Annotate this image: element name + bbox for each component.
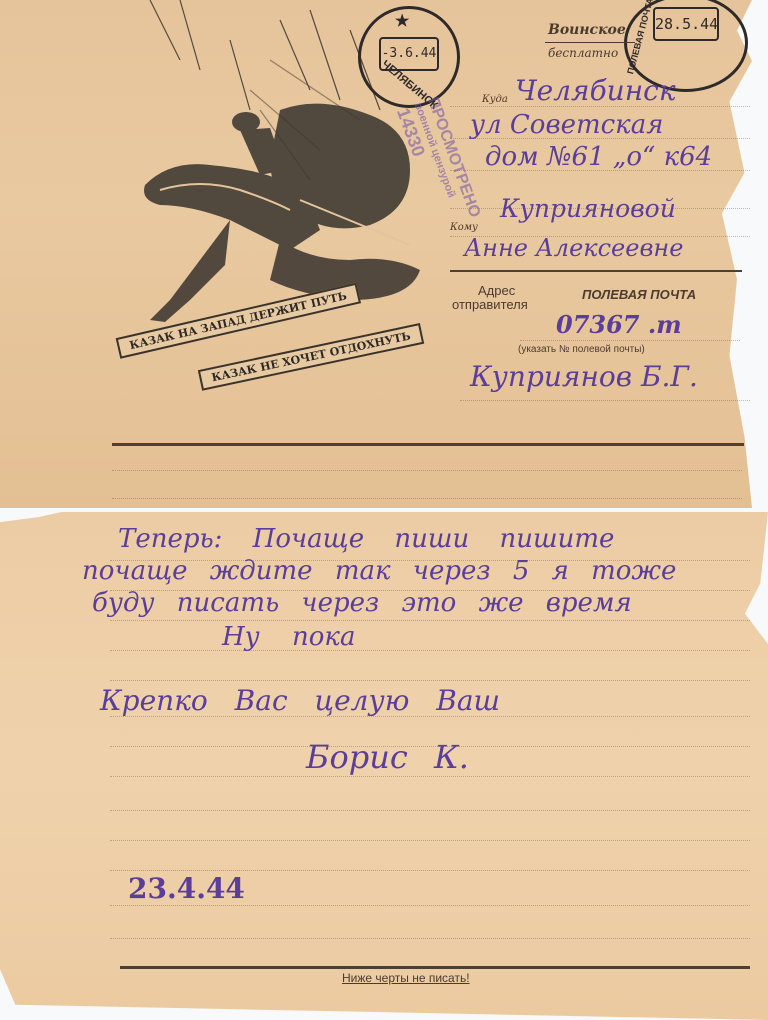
- label-whom: Кому: [450, 222, 478, 233]
- letter-date: 23.4.44: [128, 872, 245, 905]
- label-address: Адрес: [478, 283, 515, 298]
- departure-postmark: -3.6.44 ЧЕЛЯБИНСК ★: [358, 6, 460, 108]
- label-sender: отправителя: [452, 297, 528, 312]
- printed-title-line2: бесплатно: [548, 46, 618, 60]
- postmark-date: 28.5.44: [653, 7, 719, 41]
- label-where: Куда: [482, 94, 508, 105]
- letter-line-3: буду писать через это же время: [92, 588, 632, 618]
- recipient-street: ул Советская: [470, 110, 663, 140]
- sender-name: Куприянов Б.Г.: [470, 360, 698, 393]
- letter-line-1: Теперь: Почаще пиши пишите: [118, 524, 614, 554]
- printed-title-line1: Воинское: [548, 22, 626, 38]
- letter-signature: Борис К.: [306, 738, 469, 776]
- recipient-name: Анне Алексеевне: [464, 234, 683, 262]
- field-post-hint: (указать № полевой почты): [518, 344, 645, 355]
- recipient-house: дом №61 „о“ к64: [485, 142, 712, 172]
- letter-closing: Крепко Вас целую Ваш: [100, 684, 500, 717]
- bottom-cutoff-line: [120, 966, 750, 969]
- recipient-surname: Куприяновой: [500, 194, 676, 223]
- field-post-label: ПОЛЕВАЯ ПОЧТА: [582, 287, 696, 302]
- star-icon: ★: [395, 11, 409, 31]
- footer-notice: Ниже черты не писать!: [342, 971, 470, 985]
- letter-line-4: Ну пока: [222, 622, 355, 652]
- letter-line-2: почаще ждите так через 5 я тоже: [82, 556, 676, 586]
- field-post-number: 07367 .т: [556, 310, 682, 339]
- recipient-city: Челябинск: [515, 74, 676, 107]
- letter-sheet: КАЗАК НА ЗАПАД ДЕРЖИТ ПУТЬ КАЗАК НЕ ХОЧЕ…: [0, 0, 768, 1020]
